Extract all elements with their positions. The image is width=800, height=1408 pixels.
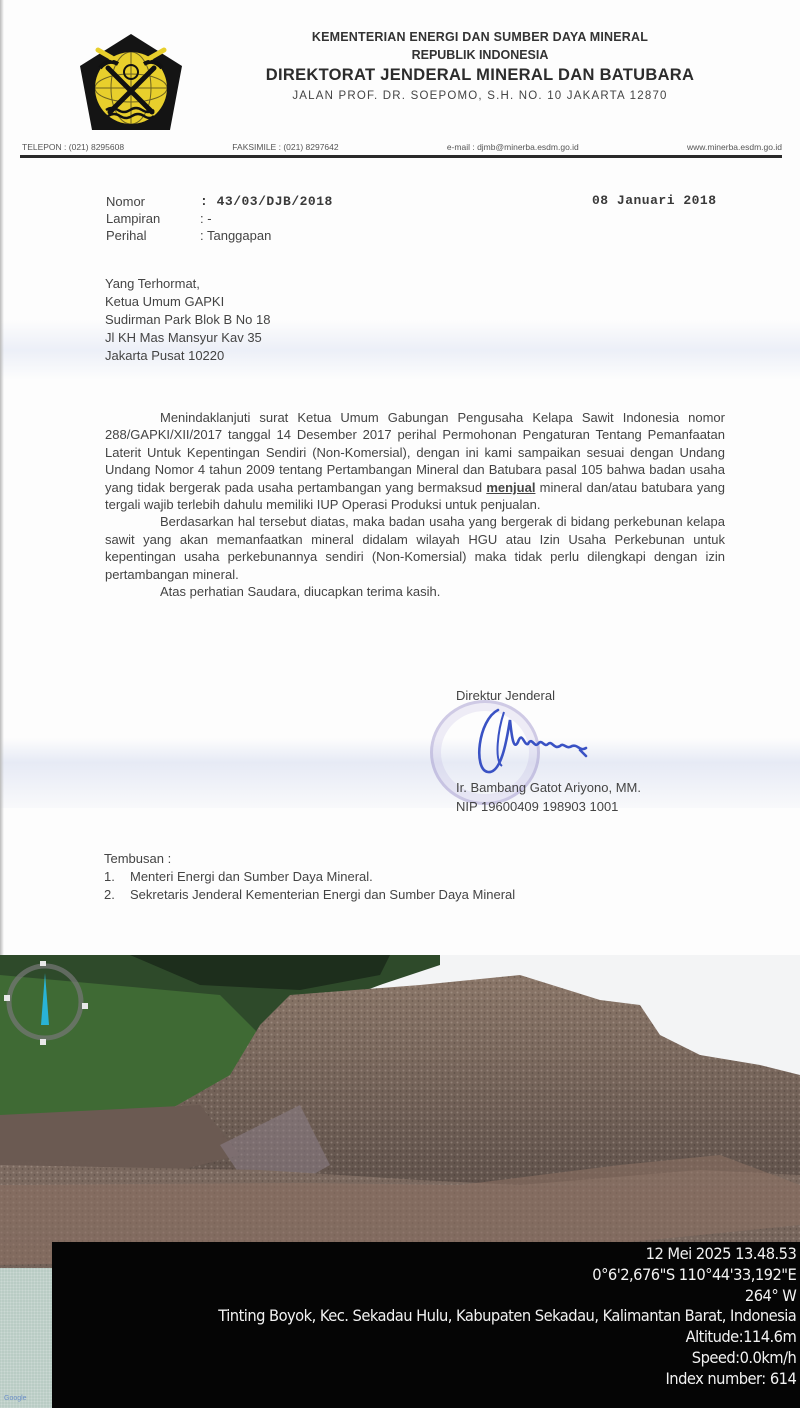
emphasis-word: menjual — [486, 480, 535, 495]
recipient-line: Ketua Umum GAPKI — [105, 293, 270, 311]
cc-item: 2.Sekretaris Jenderal Kementerian Energi… — [104, 886, 515, 904]
lampiran-label: Lampiran — [106, 210, 200, 227]
official-letter: KEMENTERIAN ENERGI DAN SUMBER DAYA MINER… — [0, 0, 800, 955]
handwritten-signature-icon — [468, 700, 638, 780]
lighting-band — [0, 738, 800, 808]
signatory-name: Ir. Bambang Gatot Ariyono, MM. — [456, 778, 641, 797]
email-address: e-mail : djmb@minerba.esdm.go.id — [447, 142, 579, 152]
paragraph-3: Atas perhatian Saudara, diucapkan terima… — [105, 583, 725, 600]
letterhead-divider — [20, 155, 782, 158]
compass-icon — [2, 959, 88, 1045]
letter-body: Menindaklanjuti surat Ketua Umum Gabunga… — [105, 409, 725, 600]
compass-heading: 264° W — [218, 1286, 796, 1307]
cc-item: 1.Menteri Energi dan Sumber Daya Mineral… — [104, 868, 515, 886]
nomor-label: Nomor — [106, 193, 200, 210]
recipient-line: Jl KH Mas Mansyur Kav 35 — [105, 329, 270, 347]
perihal-value: : Tanggapan — [200, 227, 271, 244]
perihal-label: Perihal — [106, 227, 200, 244]
letter-meta: Nomor: 43/03/DJB/2018 Lampiran: - Periha… — [106, 193, 333, 244]
gps-coordinates: 0°6'2,676"S 110°44'33,192"E — [218, 1265, 796, 1286]
website: www.minerba.esdm.go.id — [687, 142, 782, 152]
lampiran-value: : - — [200, 210, 212, 227]
letterhead: KEMENTERIAN ENERGI DAN SUMBER DAYA MINER… — [200, 28, 760, 106]
recipient-block: Yang Terhormat, Ketua Umum GAPKI Sudirma… — [105, 275, 270, 365]
paragraph-2: Berdasarkan hal tersebut diatas, maka ba… — [105, 513, 725, 583]
location-minimap[interactable]: Google — [0, 1268, 52, 1408]
carbon-copy: Tembusan : 1.Menteri Energi dan Sumber D… — [104, 850, 515, 904]
salutation: Yang Terhormat, — [105, 275, 270, 293]
map-watermark: Google — [4, 1395, 27, 1402]
office-address: JALAN PROF. DR. SOEPOMO, S.H. NO. 10 JAK… — [200, 86, 760, 106]
esdm-emblem-icon — [76, 32, 186, 134]
signatory-nip: NIP 19600409 198903 1001 — [456, 797, 641, 816]
capture-datetime: 12 Mei 2025 13.48.53 — [218, 1244, 796, 1265]
signatory: Ir. Bambang Gatot Ariyono, MM. NIP 19600… — [456, 778, 641, 816]
cc-label: Tembusan : — [104, 850, 515, 868]
fax-number: FAKSIMILE : (021) 8297642 — [232, 142, 338, 152]
recipient-line: Jakarta Pusat 10220 — [105, 347, 270, 365]
index-number: Index number: 614 — [218, 1369, 796, 1390]
geotag-overlay: 12 Mei 2025 13.48.53 0°6'2,676"S 110°44'… — [218, 1244, 796, 1390]
paragraph-1: Menindaklanjuti surat Ketua Umum Gabunga… — [105, 409, 725, 513]
contact-line: TELEPON : (021) 8295608 FAKSIMILE : (021… — [22, 142, 782, 152]
location-address: Tinting Boyok, Kec. Sekadau Hulu, Kabupa… — [218, 1306, 796, 1327]
page-edge — [0, 0, 4, 955]
phone-number: TELEPON : (021) 8295608 — [22, 142, 124, 152]
directorate-name: DIREKTORAT JENDERAL MINERAL DAN BATUBARA — [200, 64, 760, 86]
altitude-readout: Altitude:114.6m — [218, 1327, 796, 1348]
republic-name: REPUBLIK INDONESIA — [200, 46, 760, 64]
ministry-name: KEMENTERIAN ENERGI DAN SUMBER DAYA MINER… — [200, 28, 760, 46]
recipient-line: Sudirman Park Blok B No 18 — [105, 311, 270, 329]
speed-readout: Speed:0.0km/h — [218, 1348, 796, 1369]
nomor-value: : 43/03/DJB/2018 — [200, 193, 333, 210]
letter-date: 08 Januari 2018 — [592, 193, 717, 208]
